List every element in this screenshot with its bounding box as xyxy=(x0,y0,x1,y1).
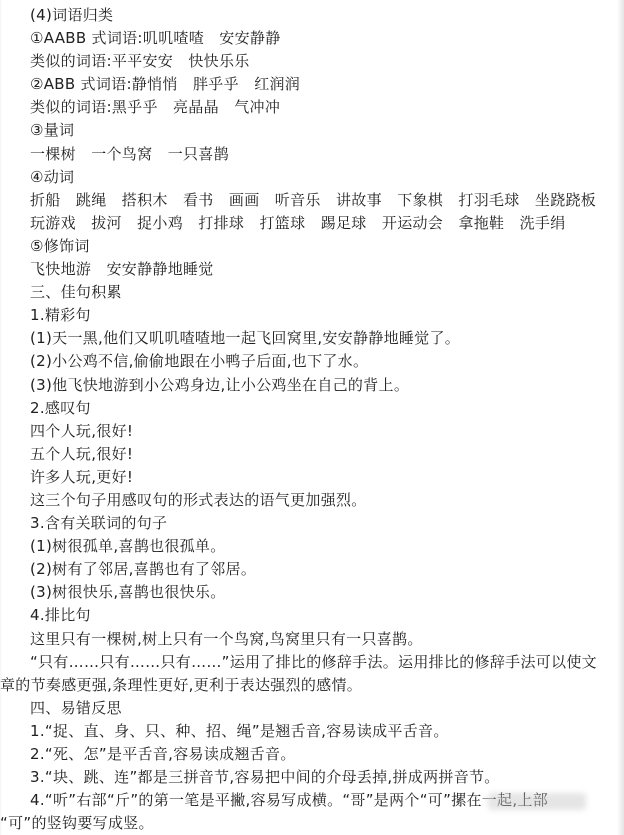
text-line: (3)树很快乐,喜鹊也很快乐。 xyxy=(0,581,624,604)
section-heading: 三、佳句积累 xyxy=(0,281,624,304)
text-line: 这里只有一棵树,树上只有一个鸟窝,鸟窝里只有一只喜鹊。 xyxy=(0,628,624,651)
text-line: 一棵树 一个鸟窝 一只喜鹊 xyxy=(0,143,624,166)
text-line: (2)树有了邻居,喜鹊也有了邻居。 xyxy=(0,558,624,581)
text-line: “可”的竖钩要写成竖。 xyxy=(0,812,624,835)
text-line: 3.“块、跳、连”都是三拼音节,容易把中间的介母丢掉,拼成两拼音节。 xyxy=(0,766,624,789)
text-line: (1)树很孤单,喜鹊也很孤单。 xyxy=(0,535,624,558)
text-line: 玩游戏 拔河 捉小鸡 打排球 打篮球 踢足球 开运动会 拿拖鞋 洗手绢 xyxy=(0,212,624,235)
text-line: 许多人玩,更好! xyxy=(0,466,624,489)
text-line: (4)词语归类 xyxy=(0,4,624,27)
text-line: 3.含有关联词的句子 xyxy=(0,512,624,535)
text-line: ①AABB 式词语:叽叽喳喳 安安静静 xyxy=(0,27,624,50)
text-line: 4.“听”右部“斤”的第一笔是平撇,容易写成横。“哥”是两个“可”摞在一起,上部 xyxy=(0,789,624,812)
text-line: 类似的词语:平平安安 快快乐乐 xyxy=(0,50,624,73)
text-line: (1)天一黑,他们又叽叽喳喳地一起飞回窝里,安安静静地睡觉了。 xyxy=(0,327,624,350)
text-line: 四个人玩,很好! xyxy=(0,420,624,443)
text-line: ⑤修饰词 xyxy=(0,235,624,258)
text-line: (2)小公鸡不信,偷偷地跟在小鸭子后面,也下了水。 xyxy=(0,350,624,373)
text-line: 五个人玩,很好! xyxy=(0,443,624,466)
text-line: ③量词 xyxy=(0,119,624,142)
text-line: ④动词 xyxy=(0,166,624,189)
text-line: 2.感叹句 xyxy=(0,397,624,420)
document-page: (4)词语归类 ①AABB 式词语:叽叽喳喳 安安静静 类似的词语:平平安安 快… xyxy=(0,0,624,835)
text-line: 章的节奏感更强,条理性更好,更利于表达强烈的感情。 xyxy=(0,674,624,697)
text-line: 类似的词语:黑乎乎 亮晶晶 气冲冲 xyxy=(0,96,624,119)
text-line: (3)他飞快地游到小公鸡身边,让小公鸡坐在自己的背上。 xyxy=(0,374,624,397)
text-line: 1.精彩句 xyxy=(0,304,624,327)
section-heading: 四、易错反思 xyxy=(0,697,624,720)
text-line: ②ABB 式词语:静悄悄 胖乎乎 红润润 xyxy=(0,73,624,96)
text-line: 1.“捉、直、身、只、种、招、绳”是翘舌音,容易读成平舌音。 xyxy=(0,720,624,743)
text-line: 这三个句子用感叹句的形式表达的语气更加强烈。 xyxy=(0,489,624,512)
text-line: 4.排比句 xyxy=(0,604,624,627)
text-line: 2.“死、怎”是平舌音,容易读成翘舌音。 xyxy=(0,743,624,766)
text-line: 折船 跳绳 搭积木 看书 画画 听音乐 讲故事 下象棋 打羽毛球 坐跷跷板 xyxy=(0,189,624,212)
text-line: 飞快地游 安安静静地睡觉 xyxy=(0,258,624,281)
text-line: “只有……只有……只有……”运用了排比的修辞手法。运用排比的修辞手法可以使文 xyxy=(0,651,624,674)
